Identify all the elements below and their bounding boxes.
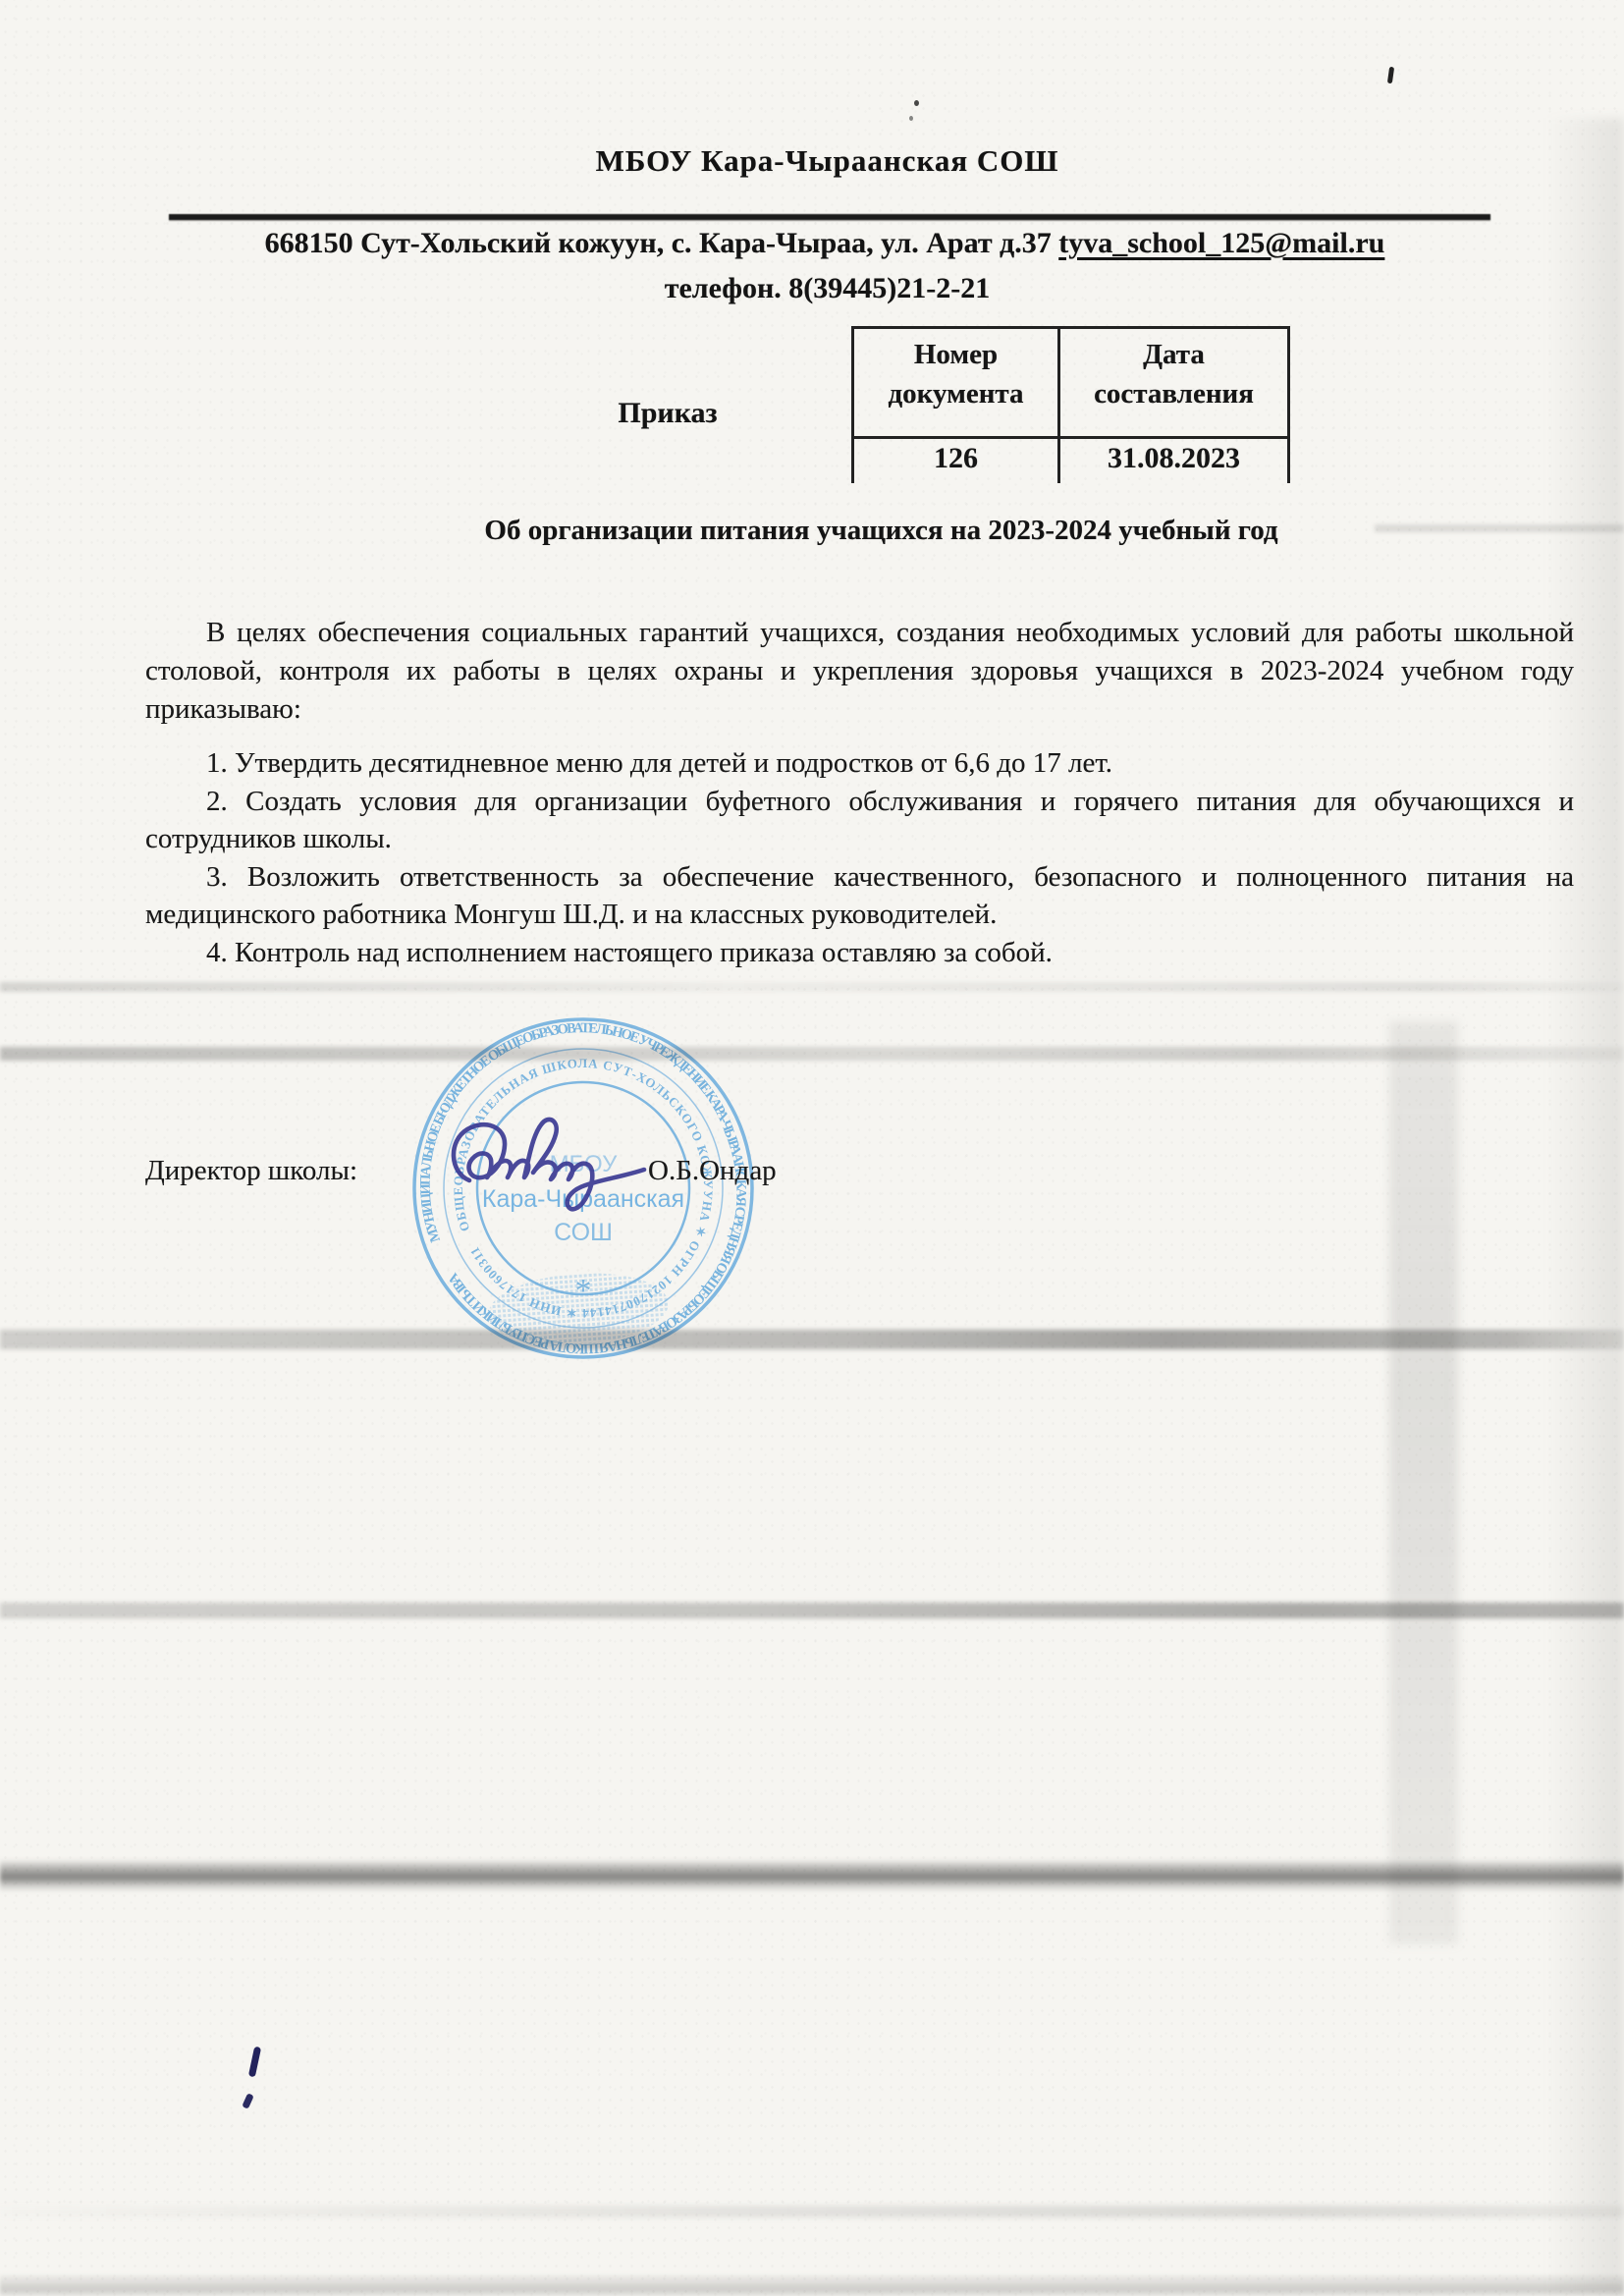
ink-speck [1387, 67, 1394, 84]
table-header-row: Номер документа Дата составления [851, 326, 1290, 439]
subject-line: Об организации питания учащихся на 2023-… [167, 515, 1596, 547]
ink-speck [914, 100, 919, 106]
stamp-star: * [575, 1273, 592, 1309]
ink-speck [909, 116, 913, 121]
address-line: 668150 Сут-Хольский кожуун, с. Кара-Чыра… [118, 227, 1532, 260]
scan-band [0, 2206, 1624, 2217]
email-text: tyva_school_125@mail.ru [1058, 227, 1384, 259]
intro-paragraph: В целях обеспечения социальных гарантий … [145, 614, 1574, 729]
signature-role-label: Директор школы: [145, 1155, 357, 1187]
address-text: 668150 Сут-Хольский кожуун, с. Кара-Чыра… [265, 227, 1059, 259]
paper-noise [0, 0, 1624, 2296]
table-header-number: Номер документа [854, 329, 1060, 436]
order-items: 1. Утвердить десятидневное меню для дете… [145, 744, 1574, 971]
ink-mark [242, 2093, 253, 2109]
scan-bottom-edge [0, 2274, 1624, 2296]
scan-band [0, 1859, 1624, 1892]
page-title: МБОУ Кара-Чыраанская СОШ [162, 143, 1492, 179]
order-requisites-table: Номер документа Дата составления 126 31.… [851, 326, 1290, 483]
header-divider-rule [169, 214, 1490, 220]
ink-mark [248, 2047, 261, 2078]
phone-line: телефон. 8(39445)21-2-21 [162, 272, 1492, 305]
order-item: 1. Утвердить десятидневное меню для дете… [145, 744, 1574, 783]
doc-number-value: 126 [854, 439, 1060, 483]
scan-band [0, 1047, 1624, 1061]
order-item: 3. Возложить ответственность за обеспече… [145, 858, 1574, 934]
scan-band [0, 1330, 1624, 1349]
signature-handwriting [440, 1098, 671, 1235]
order-label: Приказ [574, 397, 761, 430]
order-item: 4. Контроль над исполнением настоящего п… [145, 934, 1574, 972]
table-header-date: Дата составления [1060, 329, 1287, 436]
scan-band [0, 1603, 1624, 1618]
order-item: 2. Создать условия для организации буфет… [145, 783, 1574, 858]
table-value-row: 126 31.08.2023 [851, 439, 1290, 483]
scan-vertical-streak [1545, 118, 1624, 2296]
doc-date-value: 31.08.2023 [1060, 439, 1287, 483]
scan-band [0, 982, 1624, 992]
scan-vertical-streak [1389, 1021, 1458, 1944]
